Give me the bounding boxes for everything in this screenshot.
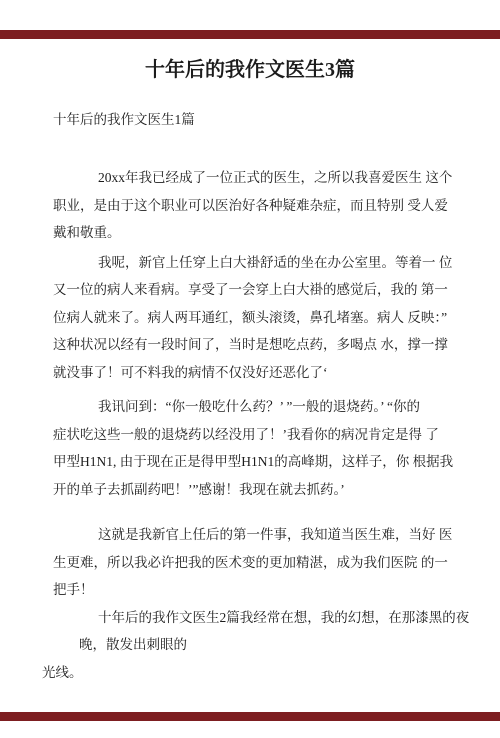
paragraph: 这就是我新官上任后的第一件事，我知道当医生难，当好 医 生更难，所以我必许把我的… bbox=[53, 521, 447, 604]
paragraph: 20xx年我已经成了一位正式的医生，之所以我喜爱医生 这个 职业，是由于这个职业… bbox=[53, 164, 447, 247]
text-line: 晚，散发出刺眼的 bbox=[53, 631, 447, 659]
paragraph: 我讯问到：“你一般吃什么药？’ ”一般的退烧药。’ “你的 症状吃这些一般的退烧… bbox=[53, 393, 447, 503]
document-title: 十年后的我作文医生3篇 bbox=[53, 0, 447, 85]
text-line: 职业，是由于这个职业可以医治好各种疑难杂症，而且特别 受人爱 bbox=[53, 192, 447, 220]
paragraph: 我呢，新官上任穿上白大褂舒适的坐在办公室里。等着一 位 又一位的病人来看病。享受… bbox=[53, 249, 447, 387]
text-line: 十年后的我作文医生2篇我经常在想，我的幻想，在那漆黑的夜 bbox=[53, 604, 447, 632]
text-line: 生更难，所以我必许把我的医术变的更加精湛，成为我们医院 的一 bbox=[53, 549, 447, 577]
text-line: 甲型H1N1, 由于现在正是得甲型H1N1的高峰期，这样子，你 根据我 bbox=[53, 448, 447, 476]
bottom-accent-bar bbox=[0, 712, 500, 721]
text-line: 我呢，新官上任穿上白大褂舒适的坐在办公室里。等着一 位 bbox=[53, 249, 447, 277]
text-line: 我讯问到：“你一般吃什么药？’ ”一般的退烧药。’ “你的 bbox=[53, 393, 447, 421]
text-line: 把手！ bbox=[53, 576, 447, 604]
text-line: 就没事了！可不料我的病情不仅没好还恶化了‘ bbox=[53, 359, 447, 387]
text-line: 这就是我新官上任后的第一件事，我知道当医生难，当好 医 bbox=[53, 521, 447, 549]
text-line: 症状吃这些一般的退烧药以经没用了！’我看你的病况肯定是得 了 bbox=[53, 421, 447, 449]
text-line: 20xx年我已经成了一位正式的医生，之所以我喜爱医生 这个 bbox=[53, 164, 447, 192]
paragraph: 十年后的我作文医生2篇我经常在想，我的幻想，在那漆黑的夜 晚，散发出刺眼的 光线… bbox=[53, 604, 447, 687]
text-line: 光线。 bbox=[42, 659, 447, 687]
text-line: 位病人就来了。病人两耳通红，额头滚烫，鼻孔堵塞。病人 反映：” bbox=[53, 304, 447, 332]
text-line: 这种状况以经有一段时间了，当时是想吃点药，多喝点 水，撑一撑 bbox=[53, 331, 447, 359]
section-heading: 十年后的我作文医生1篇 bbox=[53, 109, 447, 130]
text-line: 戴和敬重。 bbox=[53, 219, 447, 247]
document-page: 十年后的我作文医生3篇 十年后的我作文医生1篇 20xx年我已经成了一位正式的医… bbox=[0, 0, 500, 686]
text-line: 又一位的病人来看病。享受了一会穿上白大褂的感觉后，我的 第一 bbox=[53, 276, 447, 304]
text-line: 开的单子去抓副药吧！’”感谢！我现在就去抓药。’ bbox=[53, 476, 447, 504]
